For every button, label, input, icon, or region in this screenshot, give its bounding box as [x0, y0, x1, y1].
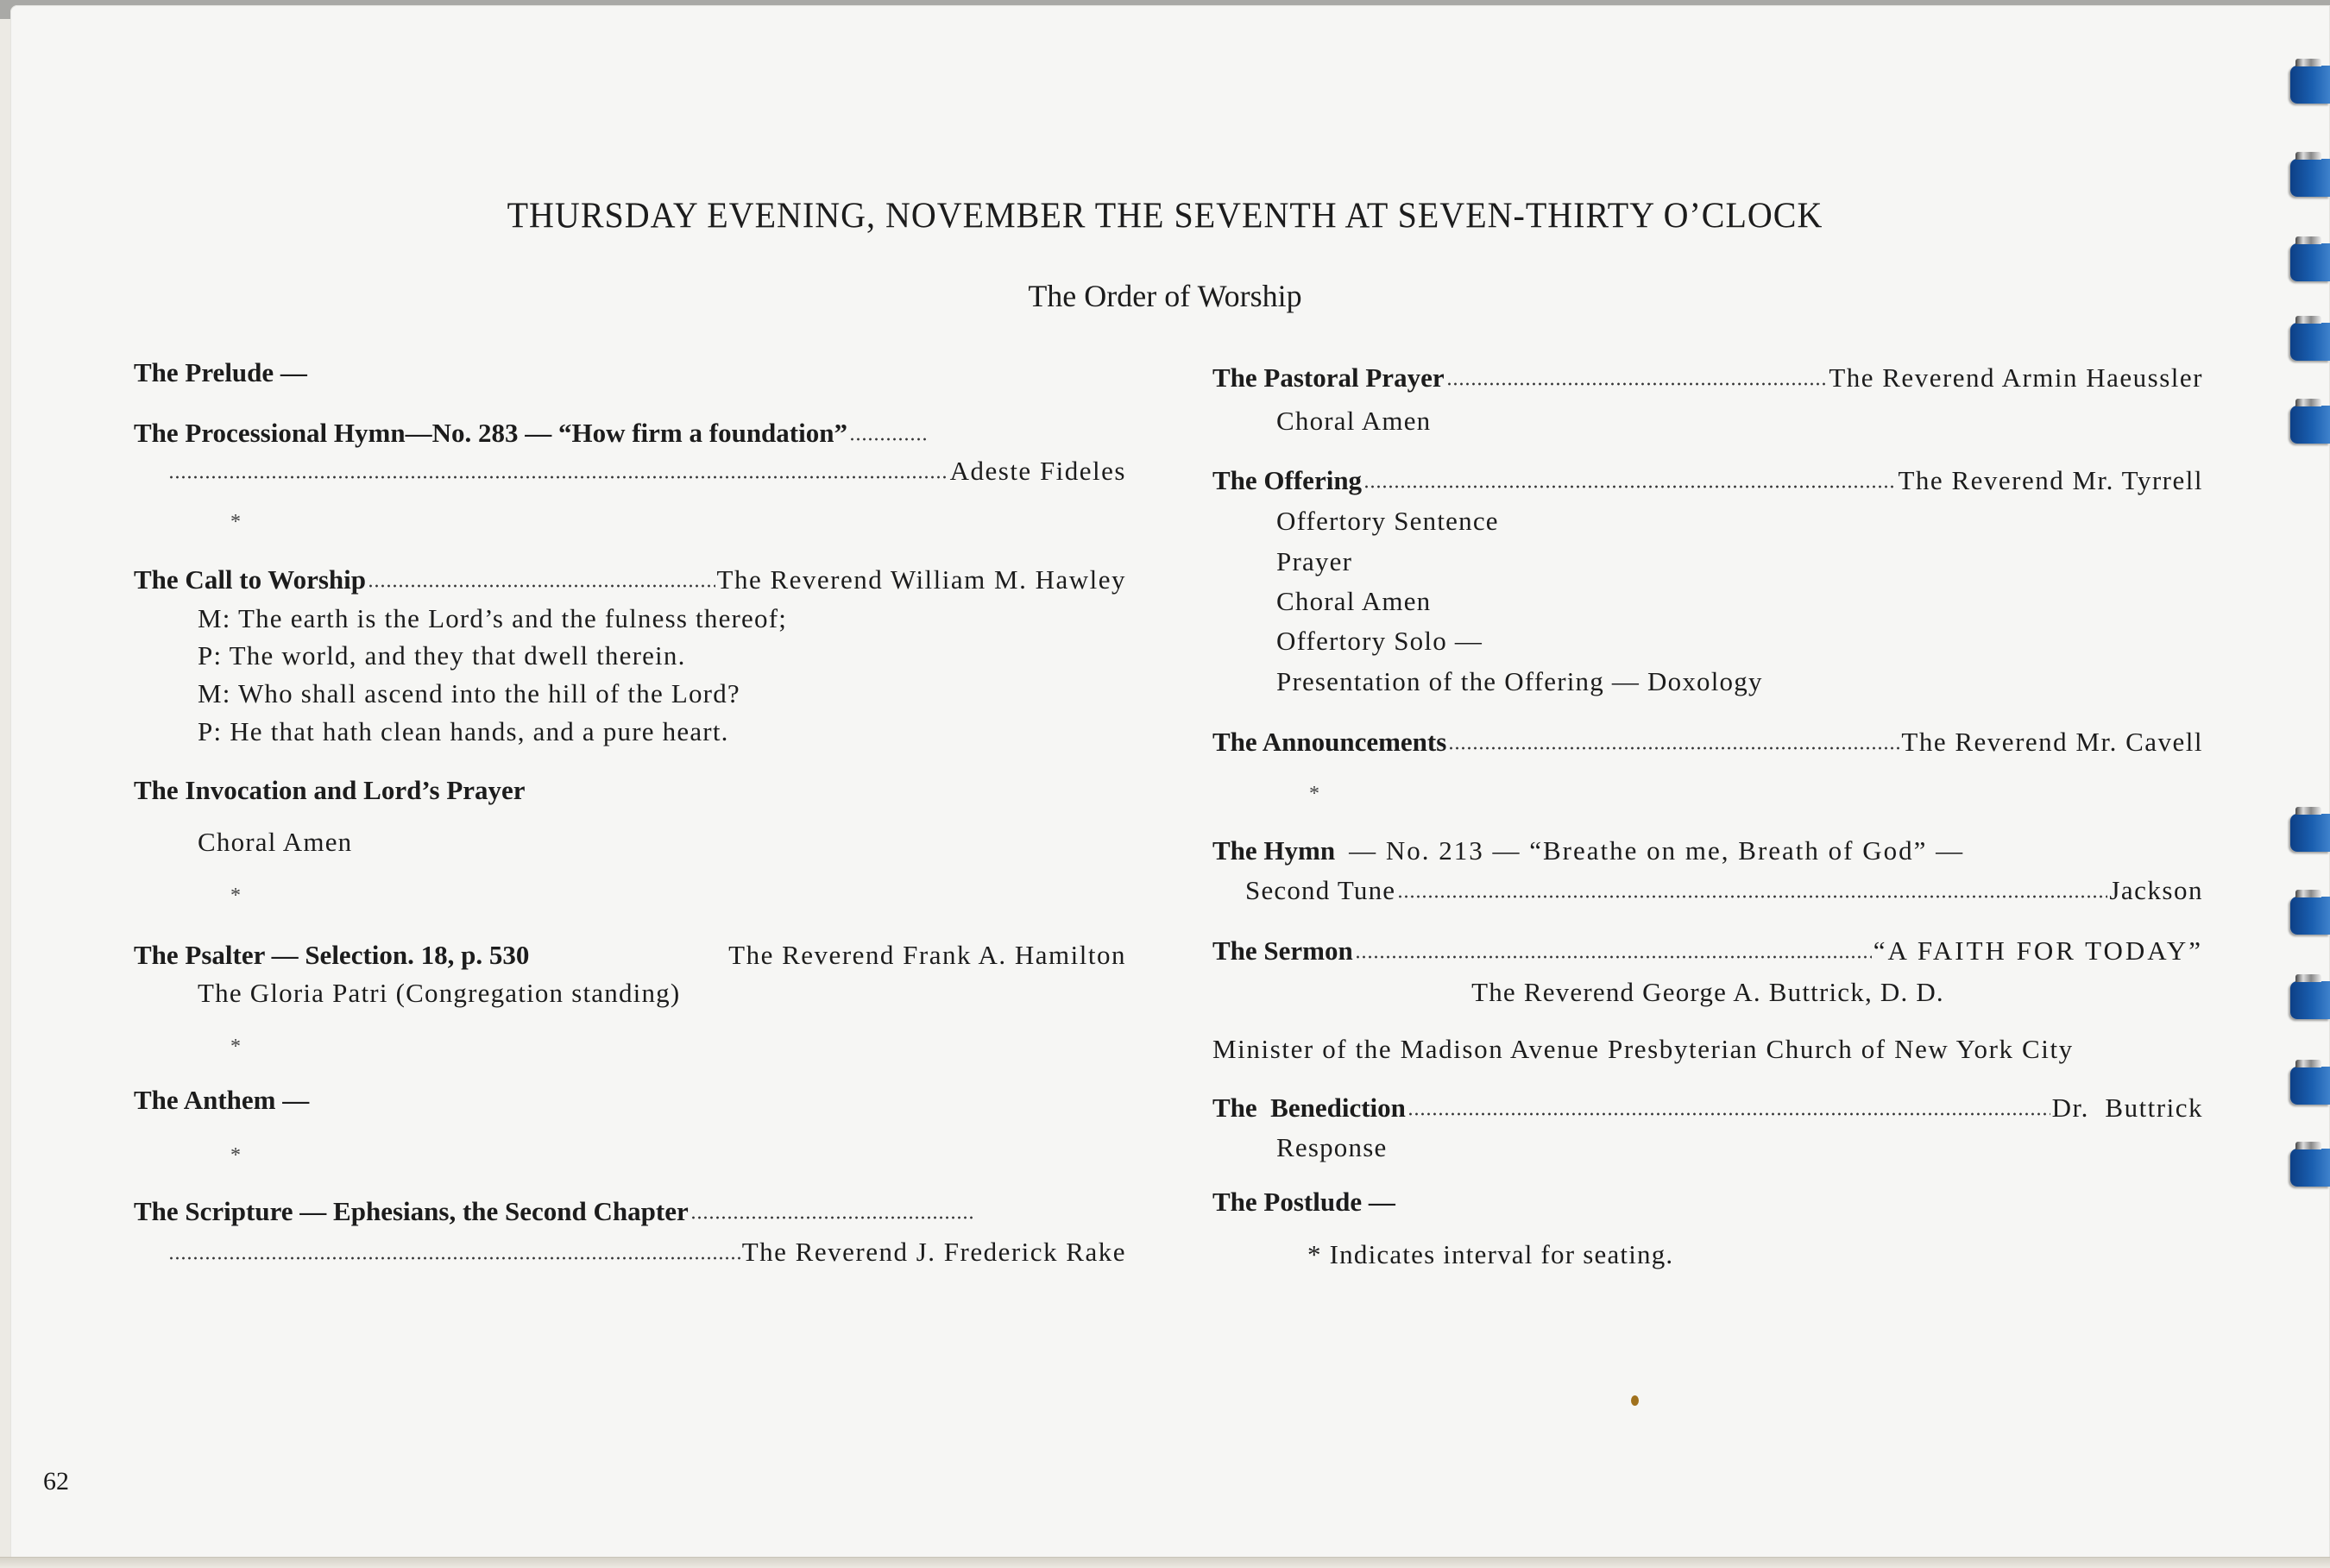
call-to-worship-leader: The Reverend William M. Hawley [717, 563, 1126, 597]
call-to-worship-label: The Call to Worship [134, 563, 366, 597]
sermon-title: “A FAITH FOR TODAY” [1873, 934, 2203, 968]
page-number: 62 [43, 1467, 69, 1496]
leader-dots [368, 566, 715, 589]
anthem-item: The Anthem — [134, 1083, 1126, 1118]
pastoral-prayer-item: The Pastoral Prayer The Reverend Armin H… [1212, 361, 2203, 395]
binding-ring [2290, 406, 2330, 444]
benediction-leader: Dr. Buttrick [2052, 1091, 2203, 1125]
hymn-item: The Hymn — No. 213 — “Breathe on me, Bre… [1212, 834, 2203, 868]
binding-ring [2290, 159, 2330, 197]
leader-dots [849, 419, 927, 442]
binding-ring [2290, 897, 2330, 935]
page-bottom-edge [0, 1557, 2330, 1568]
psalter-item: The Psalter — Selection. 18, p. 530 The … [134, 938, 1126, 973]
hymn-second-tune: Second Tune [1245, 873, 1395, 908]
responsive-reading-line: P: The world, and they that dwell therei… [134, 639, 1126, 673]
seating-interval-star: * [134, 1030, 1126, 1064]
responsive-reading-line: M: The earth is the Lord’s and the fulne… [134, 601, 1126, 636]
leader-dots [1407, 1094, 2050, 1117]
offering-subitem: Presentation of the Offering — Doxology [1212, 664, 2203, 699]
sermon-item: The Sermon “A FAITH FOR TODAY” [1212, 934, 2203, 968]
binding-ring [2290, 1149, 2330, 1187]
processional-hymn-label: The Processional Hymn—No. 283 — “How fir… [134, 416, 847, 450]
announcements-item: The Announcements The Reverend Mr. Cavel… [1212, 725, 2203, 759]
benediction-item: The Benediction Dr. Buttrick [1212, 1091, 2203, 1125]
binding-ring [2290, 814, 2330, 852]
hymn-detail: — No. 213 — “Breathe on me, Breath of Go… [1335, 834, 1964, 868]
scripture-reader: The Reverend J. Frederick Rake [742, 1235, 1126, 1269]
pastoral-prayer-label: The Pastoral Prayer [1212, 361, 1445, 395]
binding-ring [2290, 66, 2330, 104]
benediction-response: Response [1212, 1130, 2203, 1165]
preacher-church: Minister of the Madison Avenue Presbyter… [1212, 1032, 2203, 1067]
binding-ring [2290, 1067, 2330, 1105]
offering-subitem: Prayer [1212, 545, 2203, 579]
hymn-tune: Jackson [2109, 873, 2203, 908]
hymn-label: The Hymn [1212, 834, 1335, 868]
sermon-preacher: The Reverend George A. Buttrick, D. D. [1212, 975, 2203, 1010]
responsive-reading-line: M: Who shall ascend into the hill of the… [134, 677, 1126, 711]
binding-ring [2290, 323, 2330, 361]
binding-ring [2290, 243, 2330, 281]
responsive-reading-line: P: He that hath clean hands, and a pure … [134, 715, 1126, 749]
processional-tune-line: Adeste Fideles [134, 454, 1126, 488]
leader-dots [1355, 937, 1872, 960]
offering-subitem: Choral Amen [1212, 584, 2203, 619]
announcements-label: The Announcements [1212, 725, 1446, 759]
announcements-leader: The Reverend Mr. Cavell [1901, 725, 2203, 759]
leader-dots [1448, 728, 1899, 751]
scripture-label: The Scripture — Ephesians, the Second Ch… [134, 1194, 689, 1229]
seating-interval-star: * [134, 1138, 1126, 1173]
offering-label: The Offering [1212, 463, 1362, 498]
page-title: THURSDAY EVENING, NOVEMBER THE SEVENTH A… [0, 194, 2330, 236]
seating-footnote: * Indicates interval for seating. [1212, 1237, 2203, 1272]
psalter-leader: The Reverend Frank A. Hamilton [728, 938, 1126, 973]
leader-dots [1363, 467, 1896, 489]
binding-ring [2290, 981, 2330, 1019]
processional-tune: Adeste Fideles [950, 454, 1126, 488]
invocation-item: The Invocation and Lord’s Prayer [134, 773, 1126, 808]
seating-interval-star: * [1212, 777, 2203, 811]
prelude-item: The Prelude — [134, 356, 1126, 390]
invocation-choral-amen: Choral Amen [134, 825, 1126, 860]
psalter-label: The Psalter — Selection. 18, p. 530 [134, 938, 529, 973]
call-to-worship-item: The Call to Worship The Reverend William… [134, 563, 1126, 597]
offering-subitem: Offertory Sentence [1212, 504, 2203, 538]
leader-dots [168, 1238, 740, 1261]
leader-dots [1446, 364, 1828, 387]
paper-speck [1631, 1395, 1639, 1406]
scripture-item: The Scripture — Ephesians, the Second Ch… [134, 1194, 1126, 1229]
offering-item: The Offering The Reverend Mr. Tyrrell [1212, 463, 2203, 498]
pastoral-choral-amen: Choral Amen [1212, 404, 2203, 438]
seating-interval-star: * [134, 878, 1126, 913]
order-of-worship-heading: The Order of Worship [0, 278, 2330, 314]
seating-interval-star: * [134, 505, 1126, 539]
leader-dots [1397, 877, 2107, 899]
spiral-binding [2278, 0, 2330, 1568]
offering-subitem: Offertory Solo — [1212, 624, 2203, 658]
scripture-reader-line: The Reverend J. Frederick Rake [134, 1235, 1126, 1269]
postlude-item: The Postlude — [1212, 1185, 2203, 1219]
sermon-label: The Sermon [1212, 934, 1353, 968]
pastoral-prayer-leader: The Reverend Armin Haeussler [1829, 361, 2203, 395]
leader-dots [690, 1198, 975, 1220]
leader-dots [168, 457, 948, 480]
hymn-tune-line: Second Tune Jackson [1212, 873, 2203, 908]
benediction-label: The Benediction [1212, 1091, 1406, 1125]
offering-leader: The Reverend Mr. Tyrrell [1899, 463, 2204, 498]
processional-hymn-item: The Processional Hymn—No. 283 — “How fir… [134, 416, 1126, 450]
gloria-patri: The Gloria Patri (Congregation standing) [134, 976, 1126, 1011]
